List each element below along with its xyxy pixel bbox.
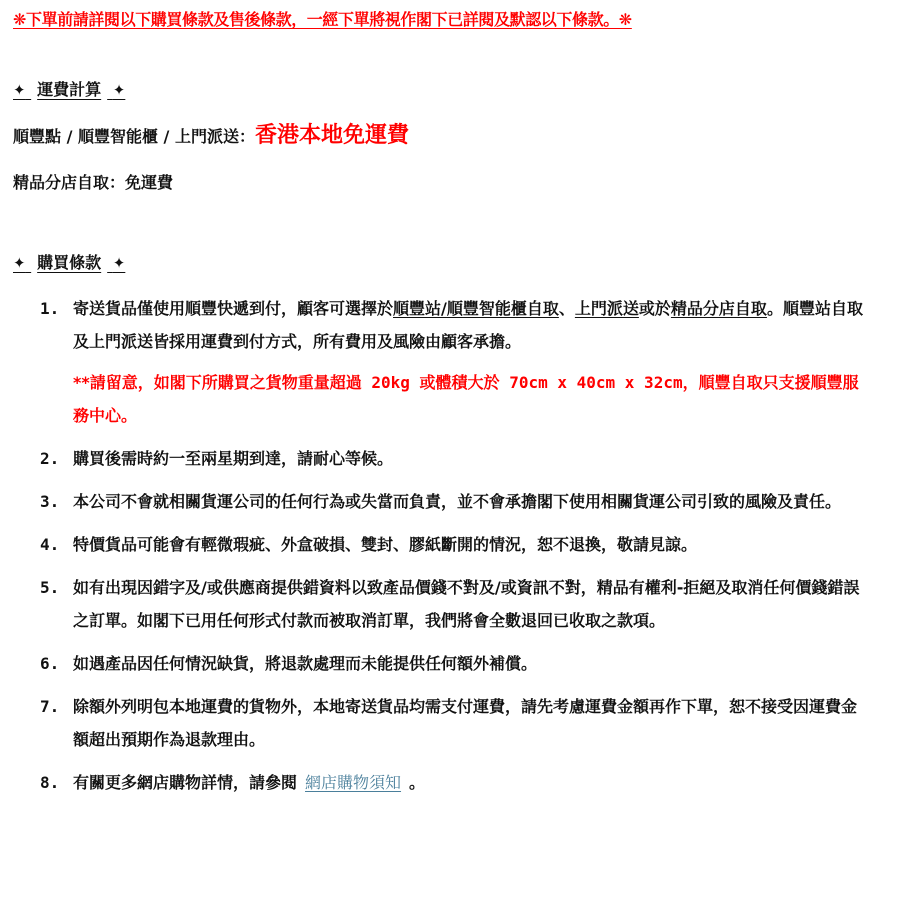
underlined-sf-pickup: 順豐站/順豐智能櫃自取 [393, 299, 559, 318]
warning-dimensions: 70cm x 40cm x 32cm [500, 373, 683, 392]
terms-item-5: 5. 如有出現因錯字及/或供應商提供錯資料以致產品價錢不對及/或資訊不對，精品有… [40, 571, 870, 637]
terms-list: 1. 寄送貨品僅使用順豐快遞到付，顧客可選擇於順豐站/順豐智能櫃自取、上門派送或… [40, 292, 870, 809]
shipping-sf-label: 順豐點 / 順豐智能櫃 / 上門派送： [13, 127, 255, 146]
terms-heading: ✦ 購買條款 ✦ [13, 250, 125, 273]
terms-item-7: 7. 除額外列明包本地運費的貨物外，本地寄送貨品均需支付運費，請先考慮運費金額再… [40, 690, 870, 756]
item-number: 6. [40, 647, 73, 680]
star-icon: ✦ [13, 254, 26, 272]
shipping-heading-title: 運費計算 [37, 80, 101, 99]
item-body: 寄送貨品僅使用順豐快遞到付，顧客可選擇於順豐站/順豐智能櫃自取、上門派送或於精品… [73, 292, 870, 432]
item-text: 除額外列明包本地運費的貨物外，本地寄送貨品均需支付運費，請先考慮運費金額再作下單… [73, 690, 870, 756]
shipping-line-store: 精品分店自取：免運費 [13, 170, 173, 193]
weight-size-warning: **請留意，如閣下所購買之貨物重量超過 20kg 或體積大於 70cm x 40… [73, 366, 870, 432]
warning-text: 或體積大於 [420, 373, 500, 392]
item-number: 5. [40, 571, 73, 637]
underlined-store-pickup: 精品分店自取 [671, 299, 767, 318]
shipping-sf-free: 香港本地免運費 [255, 123, 409, 148]
shipping-heading: ✦ 運費計算 ✦ [13, 77, 125, 100]
item-body: 有關更多網店購物詳情，請參閱網店購物須知。 [73, 766, 870, 799]
terms-item-3: 3. 本公司不會就相關貨運公司的任何行為或失當而負責，並不會承擔閣下使用相關貨運… [40, 485, 870, 518]
star-icon: ✦ [13, 81, 26, 99]
item-text: 如遇產品因任何情況缺貨，將退款處理而未能提供任何額外補償。 [73, 647, 870, 680]
online-shopping-guide-link[interactable]: 網店購物須知 [305, 773, 401, 792]
warning-weight: 20kg [362, 373, 420, 392]
item-number: 7. [40, 690, 73, 756]
item-text: 或於 [639, 299, 671, 318]
item-number: 8. [40, 766, 73, 799]
item-text: 。 [409, 773, 425, 792]
item-text: 本公司不會就相關貨運公司的任何行為或失當而負責，並不會承擔閣下使用相關貨運公司引… [73, 485, 870, 518]
shipping-store-value: 免運費 [125, 173, 173, 192]
star-icon: ✦ [113, 81, 126, 99]
item-text: 如有出現因錯字及/或供應商提供錯資料以致產品價錢不對及/或資訊不對，精品有權利-… [73, 571, 870, 637]
item-text: 特價貨品可能會有輕微瑕疵、外盒破損、雙封、膠紙斷開的情況，恕不退換，敬請見諒。 [73, 528, 870, 561]
item-number: 4. [40, 528, 73, 561]
item-number: 2. [40, 442, 73, 475]
shipping-line-sf: 順豐點 / 順豐智能櫃 / 上門派送：香港本地免運費 [13, 118, 409, 149]
terms-heading-title: 購買條款 [37, 253, 101, 272]
underlined-home-delivery: 上門派送 [575, 299, 639, 318]
terms-item-6: 6. 如遇產品因任何情況缺貨，將退款處理而未能提供任何額外補償。 [40, 647, 870, 680]
star-icon: ✦ [113, 254, 126, 272]
item-text: 購買後需時約一至兩星期到達，請耐心等候。 [73, 442, 870, 475]
shipping-store-label: 精品分店自取： [13, 173, 125, 192]
item-text: 、 [559, 299, 575, 318]
terms-item-1: 1. 寄送貨品僅使用順豐快遞到付，顧客可選擇於順豐站/順豐智能櫃自取、上門派送或… [40, 292, 870, 432]
item-number: 1. [40, 292, 73, 432]
pre-order-notice: ❋下單前請詳閱以下購買條款及售後條款，一經下單將視作閣下已詳閱及默認以下條款。❋ [13, 7, 632, 30]
terms-item-2: 2. 購買後需時約一至兩星期到達，請耐心等候。 [40, 442, 870, 475]
item-text: 有關更多網店購物詳情，請參閱 [73, 773, 297, 792]
terms-item-8: 8. 有關更多網店購物詳情，請參閱網店購物須知。 [40, 766, 870, 799]
item-text: 寄送貨品僅使用順豐快遞到付，顧客可選擇於 [73, 299, 393, 318]
terms-item-4: 4. 特價貨品可能會有輕微瑕疵、外盒破損、雙封、膠紙斷開的情況，恕不退換，敬請見… [40, 528, 870, 561]
item-number: 3. [40, 485, 73, 518]
warning-text: **請留意，如閣下所購買之貨物重量超過 [73, 373, 362, 392]
